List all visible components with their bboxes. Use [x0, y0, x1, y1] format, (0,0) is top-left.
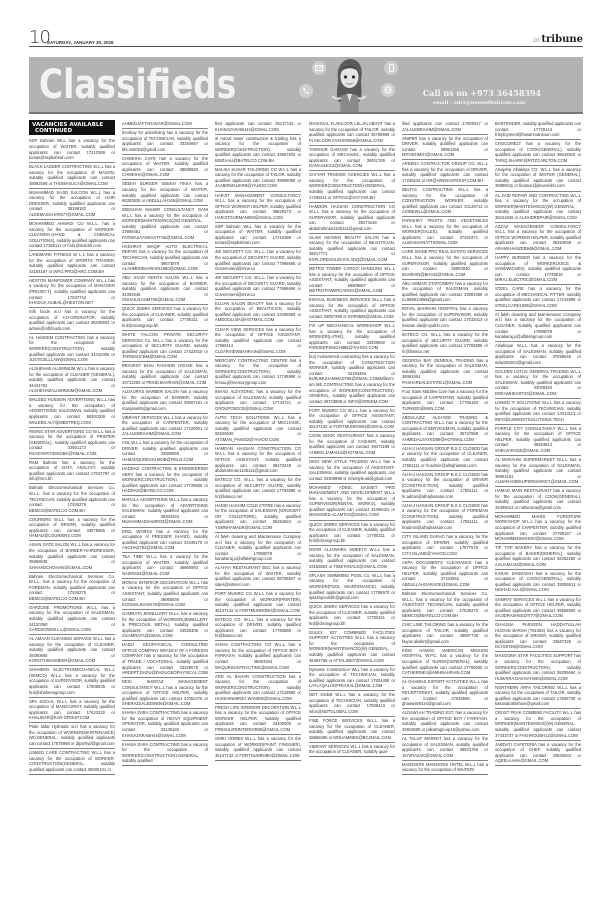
classified-ad: SPLASH SWIMMING POOL Co. W.L.L has a vac…	[309, 572, 395, 603]
classified-ad: KING HAMAD AMERICAN MISSION HOSPITAL W.P…	[402, 647, 488, 678]
classified-ad: SAYYAR TRADING AGENCIES W.L.L has a vaca…	[309, 171, 395, 202]
classified-ad: MANSOURI MANSIONS HOTEL W.L.L has a vaca…	[402, 761, 488, 776]
classified-ad: AL TALUF MARKET has a vacancy for the oc…	[402, 735, 488, 761]
classified-ad: AREENA CONTRACTOR GROUP CO. W.L.L has a …	[402, 160, 488, 186]
logo-prefix: DT	[533, 38, 540, 44]
classified-ad: DADU GEOPHYSICAL CONSULTING OFFICE COMPA…	[122, 641, 208, 678]
classified-ad: ALDAURAS BARBER SALON has a vacancy for …	[122, 388, 208, 414]
newspaper-logo: DTtribune	[533, 34, 583, 45]
classified-ad: Al faleh cleaning and Maintenance Compan…	[215, 533, 301, 564]
classified-ad: BATECO CO. W.L.L has a vacancy for the o…	[215, 476, 301, 502]
classified-ad: NORTHERN ARFA TAILORING W.L.L has a vaca…	[495, 684, 581, 710]
section-heading-line1: VACANCIES AVAILABLE	[32, 122, 113, 128]
classified-ad: GARZONE PROMOTIONS W.L.L has a vacancy f…	[29, 604, 115, 635]
classified-ad: HESTON MANPOWER COMPANY W.L.L has a vaca…	[29, 277, 115, 308]
classified-ad: HAMAD MAIN RESTAURANT has a vacancy for …	[495, 487, 581, 513]
classified-ad: QUICK ZEBRA SERVICES has a vacancy for t…	[309, 603, 395, 629]
classified-ad: WHITE FALCON PRIVATE SECURITY SERVICES C…	[122, 331, 208, 362]
classified-ad: AL AMAAN CLEANING SERVICE W.L.L has a va…	[29, 635, 115, 666]
classified-ad: ELLIAN SALON BEAUTY has a vacancy for th…	[215, 300, 301, 326]
classified-ad: FIX UP MECHANICAL WORKSHOP W.L.L has a v…	[309, 322, 395, 353]
classified-ad: 4W SECURITY CO. W.L.L. has a vacancy for…	[215, 248, 301, 274]
classified-ad: OMRI HOMES W.L.L has a vacancy for the o…	[215, 735, 301, 761]
classified-ad: MOHAMMED MAHDI FURNITURE WORKSHOP W.L.L …	[495, 513, 581, 544]
classified-ad: Bahrain Electromechanical Services Co. W…	[29, 573, 115, 604]
ad-list: SSP Bahrain WLL has a vacancy for the oc…	[29, 137, 115, 774]
classified-ad: mfb foods w.l.l has a vacancy for the oc…	[29, 308, 115, 334]
classified-ad: AL MARAHIB SUPERMARKET W.L.L has a vacan…	[495, 456, 581, 487]
ad-list: BARTENDER, suitably qualified applicants…	[495, 120, 581, 766]
classified-ad: LINKED CARE CONTRACTING W.L.L has a vaca…	[29, 749, 115, 775]
mail-icon	[312, 61, 326, 75]
classified-ad: LINKED IT SOLUTIONS W.L.L has a vacancy …	[495, 399, 581, 425]
classified-ad: Al faleh cleaning and Maintenance Compan…	[495, 311, 581, 342]
section-heading-line2: CONTINUED	[32, 128, 113, 134]
classified-ad: HAMDON HASSAN CONSTRUCTION CO W.L.L has …	[309, 203, 395, 234]
classified-ad: MASOOMA STAR FACILITIES SUPPORT has a va…	[495, 652, 581, 683]
classified-ad: MONAS INTERIOR DECORATION W.L.L has a va…	[122, 579, 208, 610]
classified-ad: MARALA ADVERTISING W.L.L has a vacancy f…	[122, 496, 208, 527]
classified-ad: LANDMARK FITNESS W L L has a vacancy for…	[29, 251, 115, 277]
classified-ad: al mezal tower construction & trading ha…	[215, 135, 301, 166]
classified-ad: QUICK ZEBRA SERVICES has a vacancy for t…	[309, 521, 395, 547]
classified-ad: GEORGIA BAY GENERAL TRADING has a vacanc…	[402, 357, 488, 388]
classified-ad: ALHAJ HASSAN GROUP B.S.C CLOSED has a va…	[402, 445, 488, 471]
classified-ad: HADDAD CONTRACTING & ENGINEERING SERV ha…	[122, 465, 208, 496]
classified-ad: SHAHEEN ELECTROMECHANICAL W.L.L (SEMCO) …	[29, 666, 115, 697]
classified-ad: SNIPER has a vacancy for the occupation …	[402, 135, 488, 161]
classified-ad: EFEL WORKS has a vacancy for the occupat…	[122, 528, 208, 554]
ad-list: ified applicants can contact 17008317 or…	[402, 120, 488, 775]
classified-ad: TEA TIME W.L.L has a vacancy for the occ…	[122, 553, 208, 579]
classified-ad: bombay for advertising has a vacancy for…	[122, 129, 208, 155]
classified-ad: WALEED HUSSEIN ADVERTISING W.L.L has a v…	[29, 396, 115, 427]
classified-ad: ROYAL BAHRAIN HOSPITAL has a vacancy for…	[402, 305, 488, 331]
classified-ad: AL HAKEEM CONTRACTING has a vacancy for …	[29, 334, 115, 365]
classified-ad: AL ZAID REPAIR AND CONTRACTING W.L.L has…	[495, 192, 581, 223]
classified-ad: SSP Bahrain WLL has a vacancy for the oc…	[29, 137, 115, 163]
classified-ad: AL GHAWAS EXPORT ACTIVITIES W.L.L has a …	[402, 678, 488, 709]
call-number: Call us on +973 36458394	[423, 88, 541, 98]
classified-ad: STEEL CARE has a vacancy for the occupat…	[495, 285, 581, 311]
classified-ad: ZEESHAN MAHER CONSULTANCY DANI W.L.L has…	[122, 206, 208, 243]
classified-ad: Alnajeha Alhalwya CO. W.L.L has a vacanc…	[495, 166, 581, 192]
advert-email: email : advt@newsofbahrain.com	[433, 100, 525, 106]
classified-ad: DESI SHERAZ MANAGEMENT CONSULTANCY W.L.L…	[122, 678, 208, 709]
classified-ad: Pride aldar Hydraulic w.l.l has a vacanc…	[29, 723, 115, 749]
classified-ad: ASPA DOCUMENTS CLEARANCE has a vacancy f…	[402, 559, 488, 590]
classified-ad: CLEAR VIEW SERVICES has a vacancy for th…	[215, 326, 301, 357]
classified-ad: burj mohammed contracting has a vacancy …	[309, 353, 395, 406]
classified-ad: METRO TOWER CARGO HANDLING W.L.L has a v…	[309, 265, 395, 296]
column-6: BARTENDER, suitably qualified applicants…	[495, 120, 581, 865]
classified-ad: MASHGAL FLAKLOOR LELJALABIYAT has a vaca…	[309, 120, 395, 146]
ad-list: MASHGAL FLAKLOOR LELJALABIYAT has a vaca…	[309, 120, 395, 757]
classifieds-columns: VACANCIES AVAILABLE CONTINUED SSP Bahrai…	[29, 120, 583, 865]
classified-ad: PARISHEY FRUITS AND VEGETABLES W.L.L has…	[402, 217, 488, 248]
classified-ad: MOHAMED ADEEL BASSET PRO MANAGEMENT AND …	[309, 484, 395, 521]
column-3: fied applicants can contact 35137132 or …	[215, 120, 301, 865]
classified-ad: VIBRANT SERVICES W.L.L has a vacancy for…	[309, 743, 395, 758]
classified-ad: ESHAAL BUSINESS SERVICES W.L.L has a vac…	[309, 296, 395, 322]
classified-ad: MUHAMMAD SAJID SALOON W.L.L has a vacanc…	[29, 189, 115, 220]
classified-ad: QUICK ZEBRA SERVICES has a vacancy for t…	[122, 305, 208, 331]
classified-ad: COOK BOOK RESTAURANT has a vacancy for t…	[309, 432, 395, 458]
classified-ad: CHOCOMELT has a vacancy for the occupati…	[495, 140, 581, 166]
classified-ad: RSM Bahrain has a vacancy for the occupa…	[29, 459, 115, 485]
classified-ad: ASIAN GATE SALON W.L.L has a vacancy for…	[29, 541, 115, 572]
classified-ad: HADHRAT WAQIF AUTO ELECTRICAL REPAIR has…	[122, 243, 208, 274]
classified-ad: SHAHI CONTRACTING CO W.L.L has a vacancy…	[215, 641, 301, 672]
classified-ad: AHMEDJAFTARADAR@GMAIL.COM	[122, 120, 208, 129]
classified-ad: BELTAC CONTRACTING W.L.L has a vacancy f…	[402, 186, 488, 217]
classified-ad: AZZAZ MANAGEMENT CONSULTANCY W.L.L has a…	[495, 223, 581, 254]
classified-ad: HADID HASHIM COLD STORE has a vacancy fo…	[215, 502, 301, 533]
classified-ad: Dynamic Construction WLL has a vacancy f…	[309, 666, 395, 692]
classified-ad: CHIC LINE TAILORING has a vacancy for th…	[402, 621, 488, 647]
classified-ad: HAPPY BURGER has a vacancy for the occup…	[495, 254, 581, 285]
classified-ad: AUTO TECH SOLUTIONS W.L.L has a vacancy …	[215, 414, 301, 445]
ad-list: AHMEDJAFTARADAR@GMAIL.COMbombay for adve…	[122, 120, 208, 766]
column-1: VACANCIES AVAILABLE CONTINUED SSP Bahrai…	[29, 120, 115, 865]
customer-service-illustration	[332, 58, 366, 112]
classified-ad: ALSHEHAB ALUMINIUM W.L.L has a vacancy f…	[29, 365, 115, 396]
classified-ad: SSP Bahrain WLL has a vacancy for the oc…	[215, 223, 301, 249]
mobile-icon	[384, 61, 398, 75]
classifieds-page: 10 SATURDAY, JANUARY 30, 2026 DTtribune …	[29, 0, 583, 900]
classified-ad: FORT MUNRO CO W.L.L has a vacancy for th…	[215, 590, 301, 616]
classified-ad: Four Stars Marbles Care has a vacancy fo…	[402, 388, 488, 414]
classified-ad: ALAHYA RESTAURANT BSC has a vacancy for …	[215, 564, 301, 590]
masthead: 10 SATURDAY, JANUARY 30, 2026 DTtribune	[29, 31, 583, 47]
classified-ad: CNL W.L.L has a vacancy for the occupati…	[122, 439, 208, 465]
classified-ad: KHANA ZARA CONTRACTING has a vacancy for…	[122, 741, 208, 767]
classified-ad: BLACK LADDER CONTRACTING W.L.L has a vac…	[29, 163, 115, 189]
classified-ad: BATECO CO. W.L.L has a vacancy for the o…	[215, 616, 301, 642]
classified-ad: NOOR ALJAWHRA SWEETS W.L.L has a vacancy…	[309, 546, 395, 572]
classified-ad: JABDATI CAFETERIA has a vacancy for the …	[495, 741, 581, 767]
classified-ad: DULEX 837 COMBINED FACILITIES SUPPORT AC…	[309, 629, 395, 666]
classified-ad: BATECO CO. W.L.L has a vacancy for the o…	[402, 331, 488, 357]
classified-ad: ABU SAAD GENTS SALON W.L.L has a vacancy…	[122, 274, 208, 305]
classified-ad: CITY ISLAND GARAG has a vacancy for the …	[402, 533, 488, 559]
classified-ad: BARTENDER, suitably qualified applicants…	[495, 120, 581, 140]
classified-ad: fied applicants can contact 35137132 or …	[215, 120, 301, 135]
banner-title: Classifieds	[39, 62, 236, 108]
classified-ad: HARJIT MANAGEMENT CONSULTANCY W.L.L has …	[215, 192, 301, 223]
classified-ad: FORT MUNRO CO W.L.L has a vacancy for th…	[309, 407, 395, 433]
classified-ad: IMAAD ALEYSONIC has a vacancy for the oc…	[215, 388, 301, 414]
classified-ad: TAIMOUR GARAGE has a vacancy for the occ…	[309, 146, 395, 172]
classified-ad: Bahrain Electromechanical Services Co. W…	[29, 484, 115, 515]
classified-ad: SAMRAT SERVICES W.L.L has a vacancy for …	[495, 596, 581, 622]
classified-ad: ALHAJ HASSAN GROUP B.S.C CLOSED has a va…	[402, 471, 488, 502]
phone-icon	[299, 84, 313, 98]
classified-ad: CARE SHINE PRO REAL ESTATE SERVICES W.L.…	[402, 248, 488, 279]
classified-ad: FINE FORCE SERVICES W.L.L has a vacancy …	[309, 717, 395, 743]
classified-ad: ABDULAZIZ ALSAYED TRADING & CONTRACTING …	[402, 414, 488, 445]
classified-ad: HAMDAN HASSAN CONSTRUCTION CO W.L.L has …	[215, 445, 301, 476]
classified-ad: NDT Global W.L.L has a vacancy for the o…	[309, 691, 395, 717]
classified-ad: ARD AL BAHAR CONSTRUCTION has a vacancy …	[215, 673, 301, 704]
column-5: ified applicants can contact 17008317 or…	[402, 120, 488, 865]
classified-ad: PURPLE CITY CONSULTANCY W.L.L has a vaca…	[495, 425, 581, 456]
classified-ad: GHAUSIA PARVEEN HADDATULLAH HUSAIN BARSH…	[495, 621, 581, 652]
classified-ad: ABU AMMAR STATIONERY has a vacancy for t…	[402, 280, 488, 306]
logo-text: tribune	[541, 34, 583, 45]
classified-ad: COURIERS W.L.L has a vacancy for the occ…	[29, 516, 115, 542]
classified-ad: TIP TOP BAKERY has a vacancy for the occ…	[495, 544, 581, 570]
classified-ad: HIGH NEW STYLE TRADING W.L.L has a vacan…	[309, 458, 395, 484]
classified-ad: SPA SOCIAL W.L.L has a vacancy for the o…	[29, 698, 115, 724]
classified-ad: KARAK DANDAIKH has a vacancy for the occ…	[495, 570, 581, 596]
classified-ad: Alsabique W.L.L has a vacancy for the oc…	[495, 342, 581, 368]
ad-list: fied applicants can contact 35137132 or …	[215, 120, 301, 761]
classified-ad: VIBRANT SERVICES W.L.L has a vacancy for…	[122, 414, 208, 440]
issue-date: SATURDAY, JANUARY 30, 2026	[47, 40, 114, 45]
classified-ad: GAMRATA JEWELLERY W.L.L has a vacancy fo…	[122, 610, 208, 641]
classified-ad: SEEKH BURGER SEEKH TIKKA has a vacancy f…	[122, 180, 208, 206]
classified-ad: CRUST PEAK COMBINE FACILITY W.L.L has a …	[495, 709, 581, 740]
classified-ad: MALIKA KUSAR TAILORING CO W.L.L has a va…	[215, 166, 301, 192]
classified-ad: ified applicants can contact 17008317 or…	[402, 120, 488, 135]
classified-ad: Bahrain Electromechanical Services Co. W…	[402, 590, 488, 621]
classified-ad: RISING STAR ADVERTISING CO W.L.L has a v…	[29, 428, 115, 459]
classified-ad: KHANA ZARA CONTRACTING has a vacancy for…	[122, 709, 208, 740]
classified-ad: 4W SECURITY CO. W.L.L. has a vacancy for…	[215, 274, 301, 300]
section-heading: VACANCIES AVAILABLE CONTINUED	[29, 120, 115, 135]
classified-ad: ALDAWLAH TRADING EST. has a vacancy for …	[402, 709, 488, 735]
classified-ad: CHWEIHA CAFE has a vacancy for the occup…	[122, 155, 208, 181]
classified-ad: MOHAMMED AHMADI CO W.L.L. has a vacancy …	[29, 220, 115, 251]
classified-ad: FRESH LIFE INTERIOR DECORATION W.L.L has…	[215, 704, 301, 735]
classified-ad: MERCURY CONTRACTING CENTRE has a vacancy…	[215, 357, 301, 388]
classified-ad: GLAM HEAVEN BEAUTY SALON has a vacancy f…	[309, 234, 395, 265]
classified-ad: ALHAJ HASSAN GROUP B.S.C CLOSED has a va…	[402, 502, 488, 533]
classified-ad: BRAVEST BHAI FASHION HOUSE has a vacancy…	[122, 362, 208, 388]
globe-icon	[381, 83, 395, 97]
column-4: MASHGAL FLAKLOOR LELJALABIYAT has a vaca…	[309, 120, 395, 865]
classifieds-banner: Classifieds Call us on +973 36458394 ema…	[29, 57, 583, 114]
column-2: AHMEDJAFTARADAR@GMAIL.COMbombay for adve…	[122, 120, 208, 865]
classified-ad: GOLDEN LOTUS GENERAL TRADING W.L.L has a…	[495, 368, 581, 399]
